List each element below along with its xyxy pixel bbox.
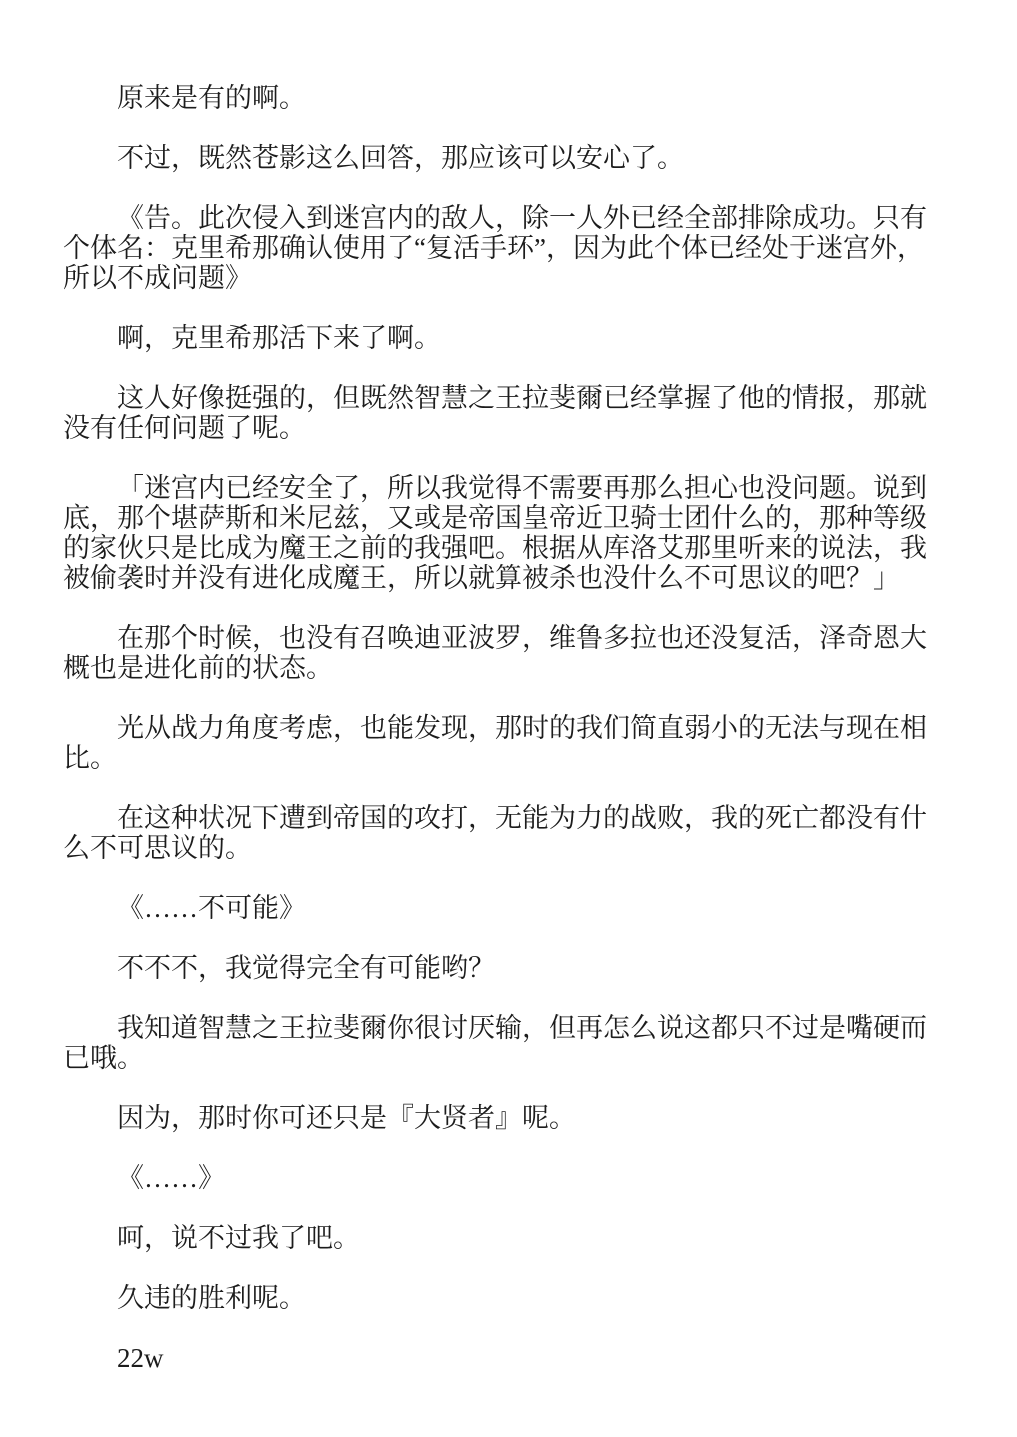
- document-page: 原来是有的啊。 不过，既然苍影这么回答，那应该可以安心了。 《告。此次侵入到迷宫…: [0, 0, 1017, 1437]
- paragraph: 这人好像挺强的，但既然智慧之王拉斐爾已经掌握了他的情报，那就没有任何问题了呢。: [63, 383, 945, 443]
- paragraph: 光从战力角度考虑，也能发现，那时的我们简直弱小的无法与现在相比。: [63, 713, 945, 773]
- footer-page-marker: 22w: [63, 1343, 945, 1373]
- paragraph: 《告。此次侵入到迷宫内的敌人，除一人外已经全部排除成功。只有个体名：克里希那确认…: [63, 203, 945, 293]
- paragraph: 啊，克里希那活下来了啊。: [63, 323, 945, 353]
- paragraph-skill-speech: 《……》: [63, 1163, 945, 1193]
- paragraph: 在这种状况下遭到帝国的攻打，无能为力的战败，我的死亡都没有什么不可思议的。: [63, 803, 945, 863]
- paragraph: 不不不，我觉得完全有可能哟？: [63, 953, 945, 983]
- paragraph: 原来是有的啊。: [63, 83, 945, 113]
- paragraph: 在那个时候，也没有召唤迪亚波罗，维鲁多拉也还没复活，泽奇恩大概也是进化前的状态。: [63, 623, 945, 683]
- novel-text-content: 原来是有的啊。 不过，既然苍影这么回答，那应该可以安心了。 《告。此次侵入到迷宫…: [63, 83, 945, 1373]
- paragraph-skill-speech: 《……不可能》: [63, 893, 945, 923]
- paragraph: 我知道智慧之王拉斐爾你很讨厌输，但再怎么说这都只不过是嘴硬而已哦。: [63, 1013, 945, 1073]
- paragraph-dialogue: 「迷宫内已经安全了，所以我觉得不需要再那么担心也没问题。说到底，那个堪萨斯和米尼…: [63, 473, 945, 593]
- paragraph: 不过，既然苍影这么回答，那应该可以安心了。: [63, 143, 945, 173]
- paragraph: 因为，那时你可还只是『大贤者』呢。: [63, 1103, 945, 1133]
- paragraph: 久违的胜利呢。: [63, 1283, 945, 1313]
- paragraph: 呵，说不过我了吧。: [63, 1223, 945, 1253]
